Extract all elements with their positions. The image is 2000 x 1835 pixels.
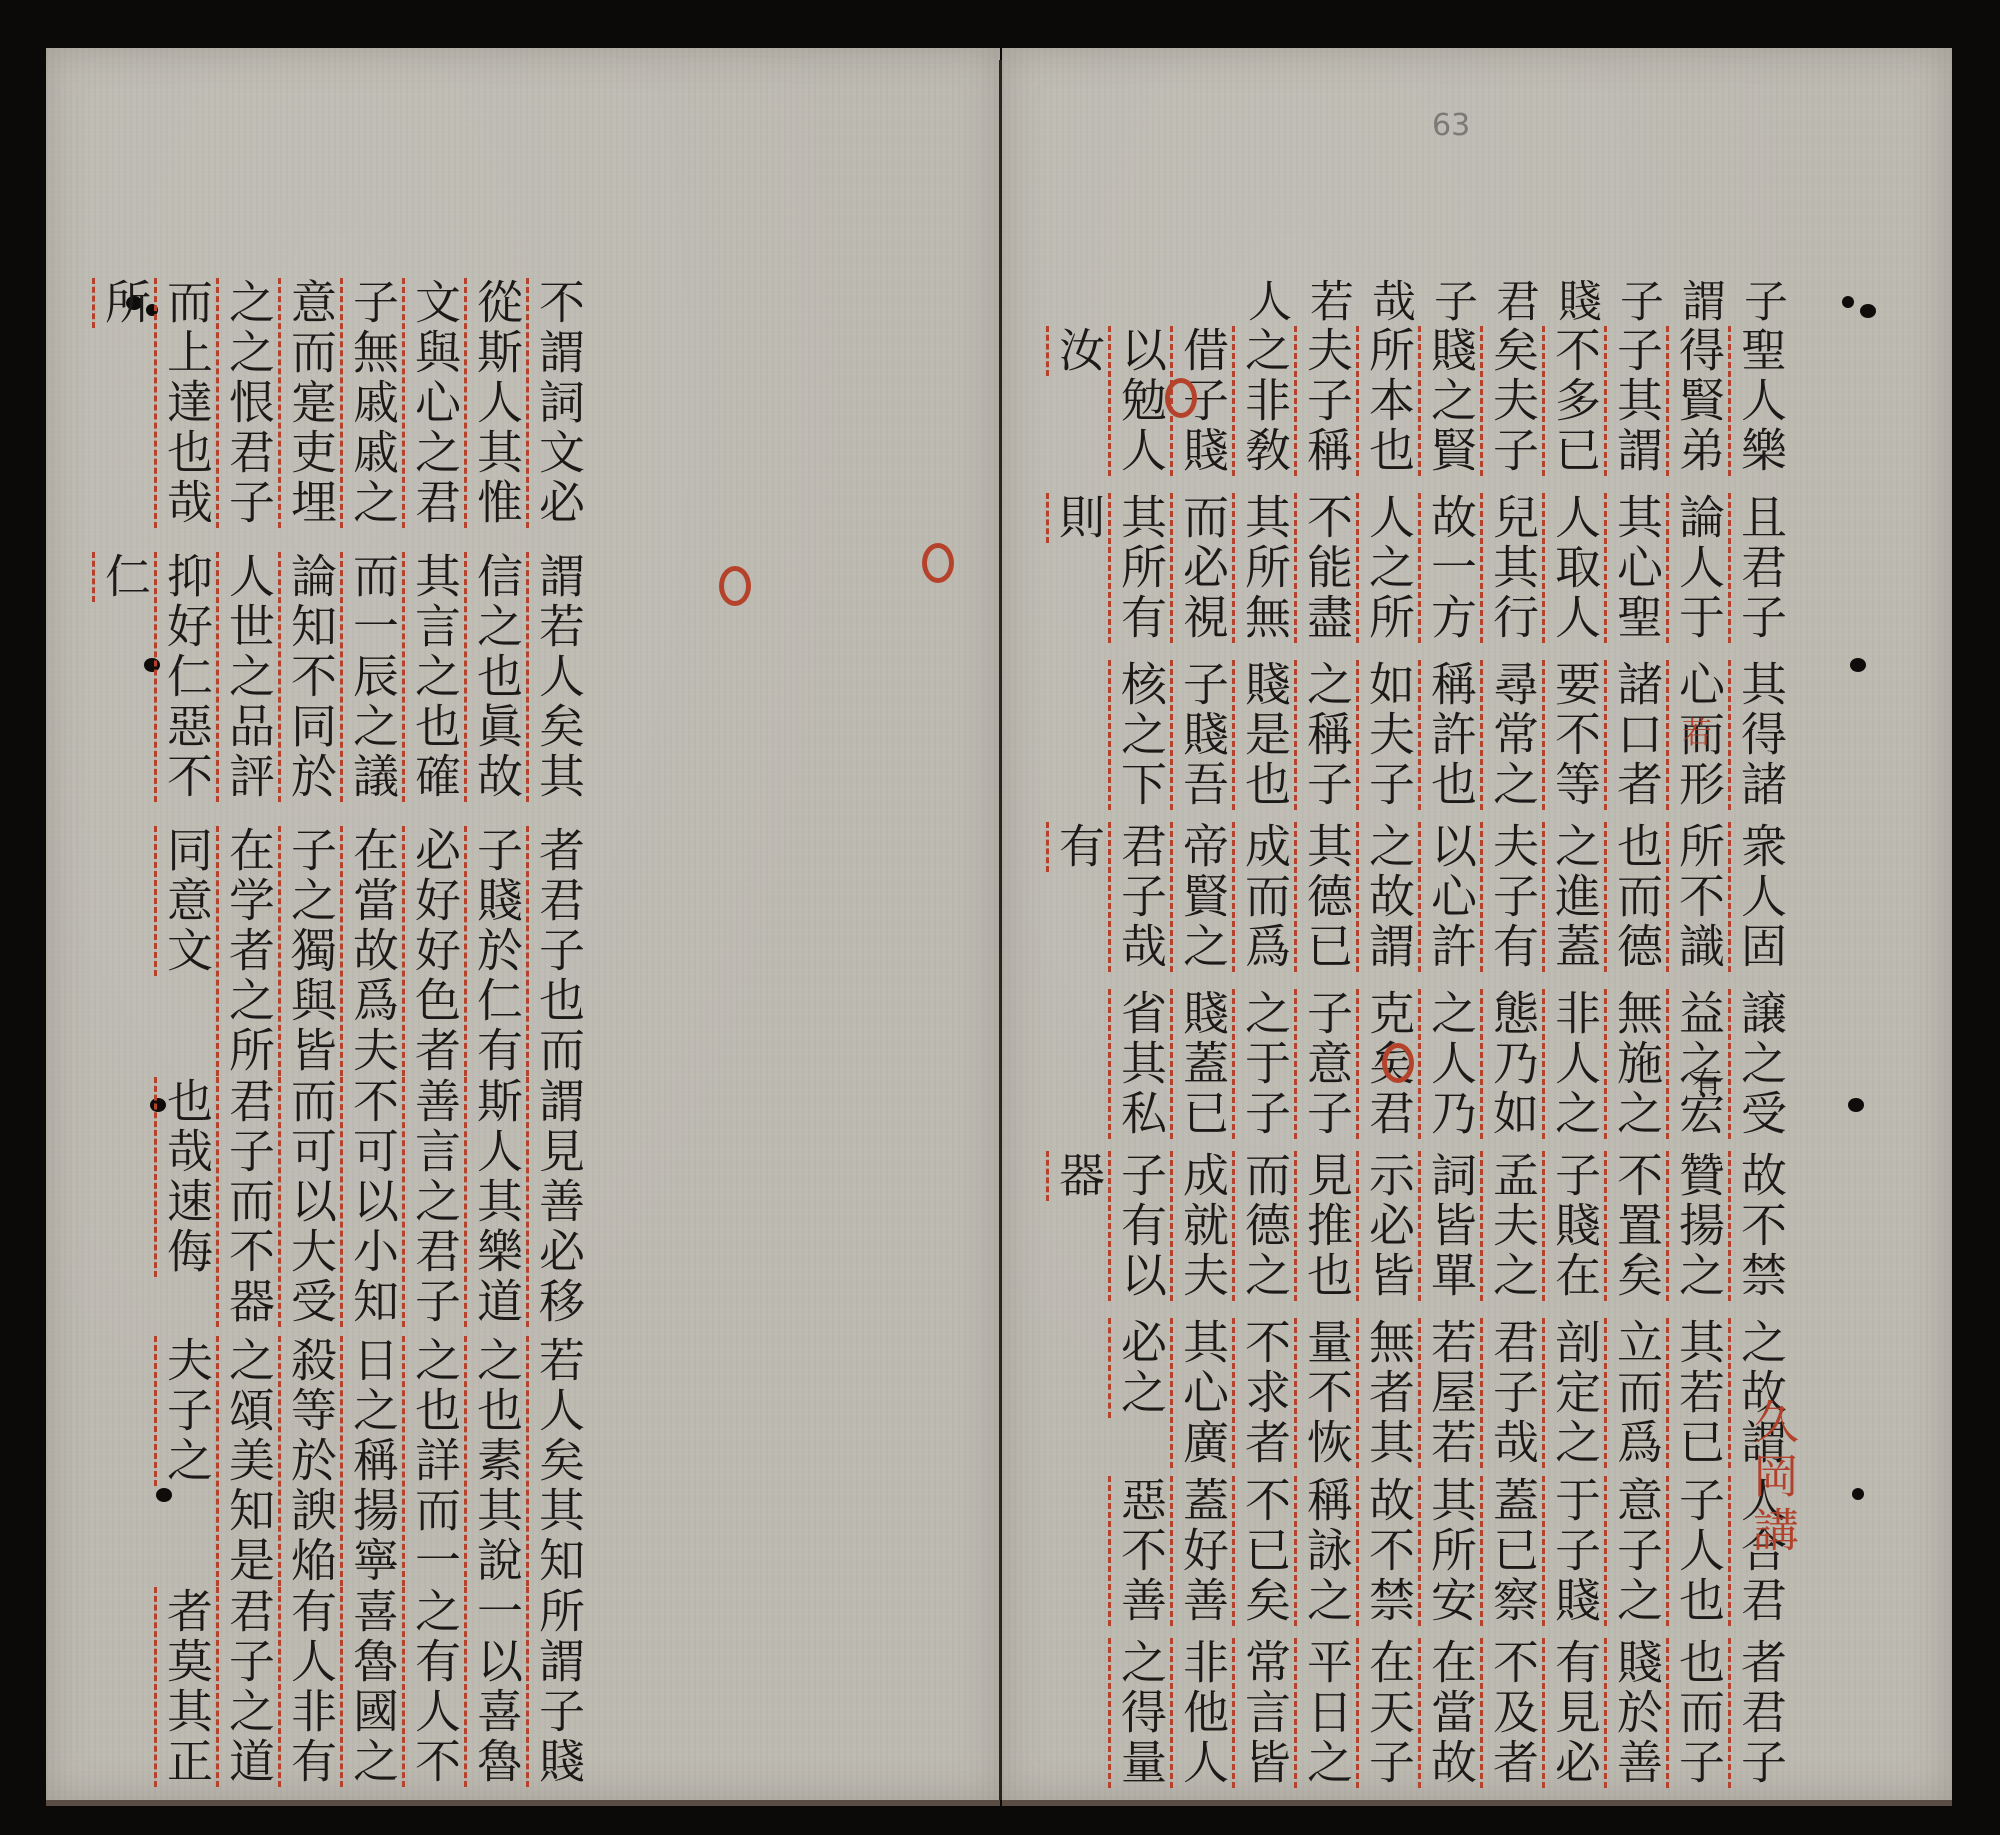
binding-hole (1850, 658, 1866, 672)
right-page: 63 子謂子賤君子哉若人 聖人樂得賢弟子其謂不多已矣夫子賤之賢所本也夫子稱之非敎… (1002, 48, 1952, 1806)
red-circle-mark (719, 566, 751, 606)
binding-hole (1852, 1488, 1864, 1500)
left-page: 不謂詞文必從斯人其惟文與心之君子無戚戚之意而寔吏埋之之恨君子而上達也哉所 謂若人… (46, 48, 1000, 1806)
text-column: 聖人樂得賢弟子其謂不多已矣夫子賤之賢所本也夫子稱之非敎借子賤以勉人汝 (1048, 326, 1792, 493)
text-column: 不謂詞文必從斯人其惟文與心之君子無戚戚之意而寔吏埋之之恨君子而上達也哉所 (94, 278, 590, 552)
text-column: 譲之受益之宏無施之非人之態乃如之人乃克矣君子意子之于子賤蓋已省其私 (1048, 989, 1792, 1151)
text-column: 且君子論人于其心聖人取人兒其行故一方人之所不能盡其所無而必視其所有則 (1048, 493, 1792, 660)
interlinear-correction-red: 若 (1682, 708, 1712, 752)
text-column: 所謂子賤一以喜魯之有人不喜魯國之有人非有君子之道者莫其正 (94, 1587, 590, 1800)
text-column: 故不禁贊揚之不置矣子賤在孟夫之詞皆單示必皆見推也而德之成就夫子有以器 (1048, 1151, 1792, 1318)
binding-hole (1842, 296, 1854, 308)
interlinear-correction: 有 (1692, 1058, 1722, 1102)
right-page-text: 子謂子賤君子哉若人 聖人樂得賢弟子其謂不多已矣夫子賤之賢所本也夫子稱之非敎借子賤… (1048, 278, 1792, 1800)
text-column: 人合君子人也意子之于子賤蓋已察其所安故不禁稱詠之不已矣蓋好善惡不善 (1048, 1476, 1792, 1638)
text-column: 者君子也而子賤於仁有必好好色者在當故爲夫子之獨與皆在学者之所同意文 (94, 826, 590, 1077)
folio-number: 63 (1432, 108, 1470, 143)
binding-hole (1860, 304, 1876, 318)
margin-annotation: 久岡講 (1740, 1398, 1806, 1560)
text-column: 衆人固所不識也而德之進蓋夫子有以心許之故謂其德已成而爲帝賢之君子哉有 (1048, 822, 1792, 989)
red-circle-mark (1382, 1043, 1414, 1083)
text-column: 其得諸心而形諸口者要不等尋常之稱許也如夫子之稱子賤是也子賤吾核之下 (1048, 660, 1792, 822)
text-column: 謂若人矣其信之也眞故其言之也確而一辰之議論知不同於人世之品評抑好仁惡不仁 (94, 552, 590, 826)
text-column: 謂見善必移斯人其樂道善言之君子不可以小知而可以大受君子而不器也哉速侮 (94, 1077, 590, 1336)
binding-hole (1848, 1098, 1864, 1112)
passage-heading: 子謂子賤君子哉若人 (1048, 278, 1792, 326)
red-circle-mark (922, 543, 954, 583)
red-circle-mark (1165, 378, 1197, 418)
text-column: 若人矣其知之也素其說之也詳而一日之稱揚寧殺等於諛焔之頌美知是夫子之 (94, 1336, 590, 1587)
text-column: 者君子也而子賤於善有見必不及者在當故在天子平日之常言皆非他人之得量 (1048, 1638, 1792, 1800)
left-page-text: 不謂詞文必從斯人其惟文與心之君子無戚戚之意而寔吏埋之之恨君子而上達也哉所 謂若人… (94, 278, 590, 1800)
text-column: 之故謂其若已立而爲剖定之君子哉若屋若無者其量不恢不求者其心廣必之 (1048, 1318, 1792, 1475)
